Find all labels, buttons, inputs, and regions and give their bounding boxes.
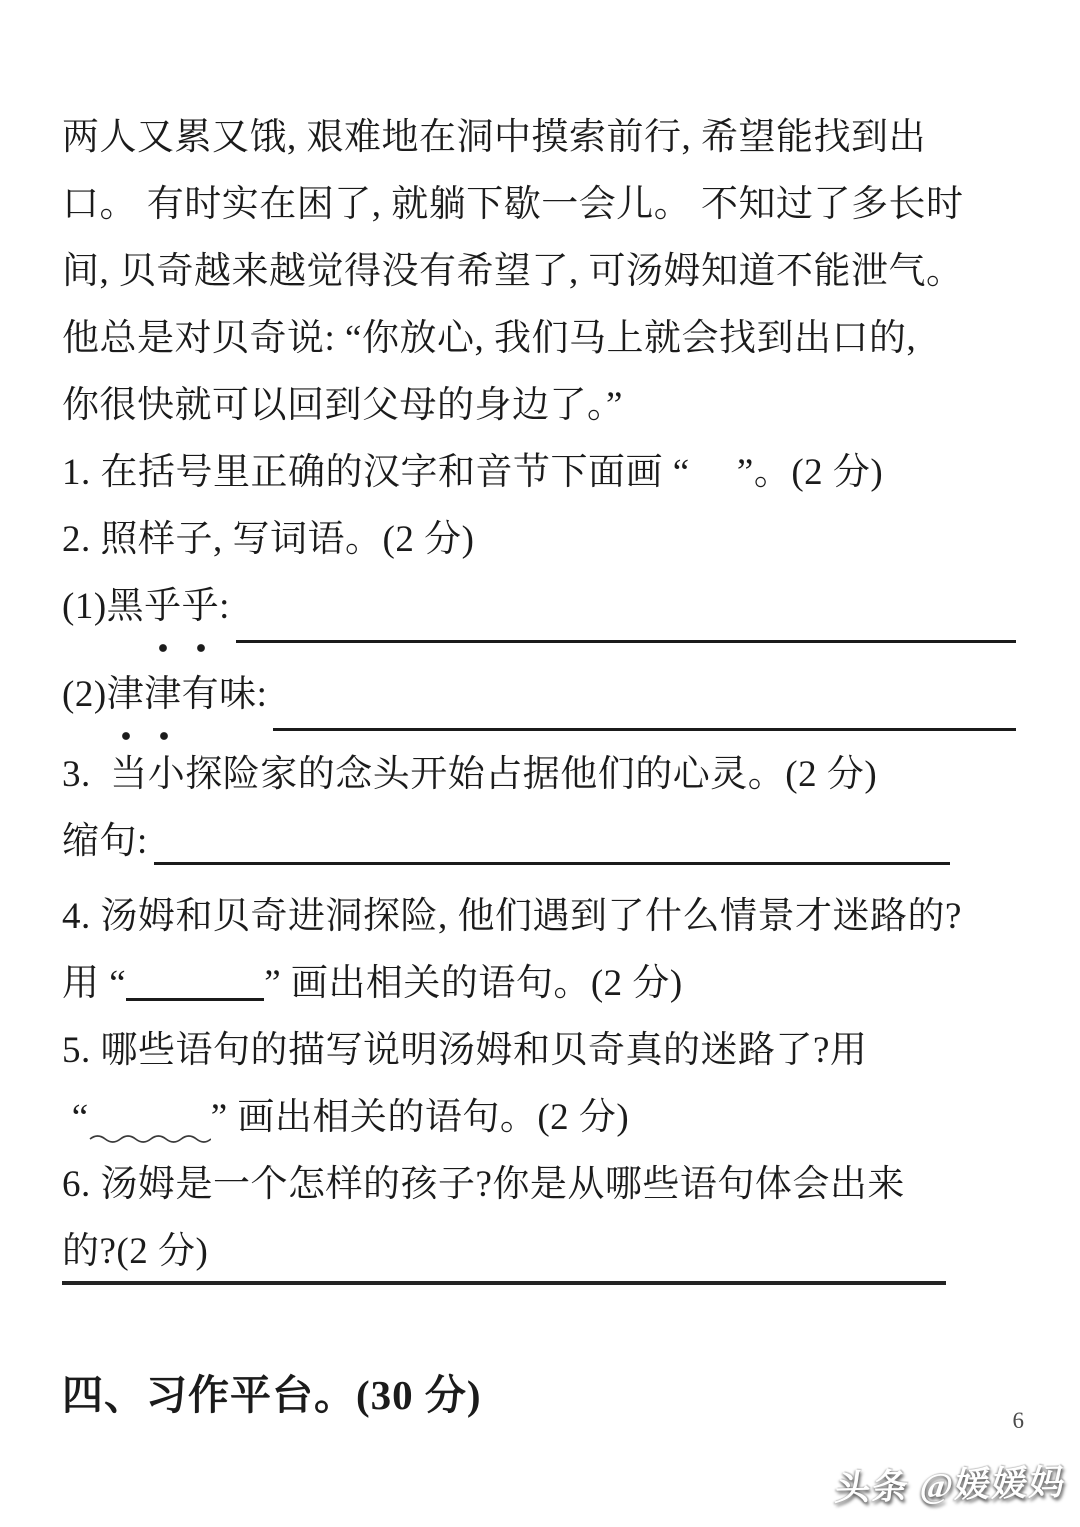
q2-sub1-colon: :: [219, 573, 230, 653]
question-6-line2: 的?(2 分): [0, 1218, 1080, 1285]
q3-shrink-label: 缩句:: [62, 808, 148, 875]
answer-blank-line: [236, 573, 1016, 643]
q2-sub2-emphasized-word: 津津: [107, 661, 182, 741]
q2-sub2-prefix: (2): [62, 661, 107, 741]
question-2: 2. 照样子, 写词语。(2 分): [0, 506, 1080, 573]
passage-line: 口。 有时实在困了, 就躺下歇一会儿。 不知过了多长时: [0, 171, 1080, 238]
question-6-line1: 6. 汤姆是一个怎样的孩子?你是从哪些语句体会出来: [0, 1151, 1080, 1218]
answer-blank-line: [273, 661, 1016, 731]
passage-line: 两人又累又饿, 艰难地在洞中摸索前行, 希望能找到出: [0, 104, 1080, 171]
passage-line: 他总是对贝奇说: “你放心, 我们马上就会找到出口的,: [0, 305, 1080, 372]
passage-line: 间, 贝奇越来越觉得没有希望了, 可汤姆知道不能泄气。: [0, 238, 1080, 305]
question-4-line2: 用 “” 画出相关的语句。(2 分): [0, 950, 1080, 1017]
question-3: 3. 当小探险家的念头开始占据他们的心灵。(2 分): [0, 741, 1080, 808]
question-3-answer-row: 缩句:: [0, 808, 1080, 875]
question-2-sub2: (2)津津有味:: [0, 661, 1080, 741]
section-heading: 四、习作平台。(30 分): [0, 1367, 1080, 1423]
question-1: 1. 在括号里正确的汉字和音节下面画 “ ”。(2 分): [0, 439, 1080, 506]
wavy-underline-icon: [89, 1100, 211, 1114]
q5-line2-prefix: “: [62, 1097, 89, 1138]
answer-blank-line: [154, 808, 950, 865]
watermark: 头条 @媛媛妈: [832, 1455, 1069, 1511]
q2-sub1-emphasized-word: 乎乎: [144, 573, 219, 653]
q2-sub1-prefix: (1)黑: [62, 573, 144, 653]
question-5-line2: “” 画出相关的语句。(2 分): [0, 1084, 1080, 1151]
test-paper-page: 两人又累又饿, 艰难地在洞中摸索前行, 希望能找到出 口。 有时实在困了, 就躺…: [0, 0, 1080, 1527]
straight-underline-blank: [126, 968, 264, 1001]
q5-line2-suffix: ” 画出相关的语句。(2 分): [211, 1097, 630, 1138]
question-5-line1: 5. 哪些语句的描写说明汤姆和贝奇真的迷路了?用: [0, 1017, 1080, 1084]
question-4-line1: 4. 汤姆和贝奇进洞探险, 他们遇到了什么情景才迷路的?: [0, 883, 1080, 950]
question-2-sub1: (1)黑乎乎:: [0, 573, 1080, 653]
page-number: 6: [1013, 1408, 1025, 1434]
page-content: 两人又累又饿, 艰难地在洞中摸索前行, 希望能找到出 口。 有时实在困了, 就躺…: [0, 0, 1080, 1423]
q2-sub2-colon: :: [257, 661, 268, 741]
passage-line: 你很快就可以回到父母的身边了。”: [0, 372, 1080, 439]
q4-line2-suffix: ” 画出相关的语句。(2 分): [264, 963, 683, 1004]
q2-sub2-mid: 有味: [182, 661, 257, 741]
q4-line2-prefix: 用 “: [62, 963, 126, 1004]
